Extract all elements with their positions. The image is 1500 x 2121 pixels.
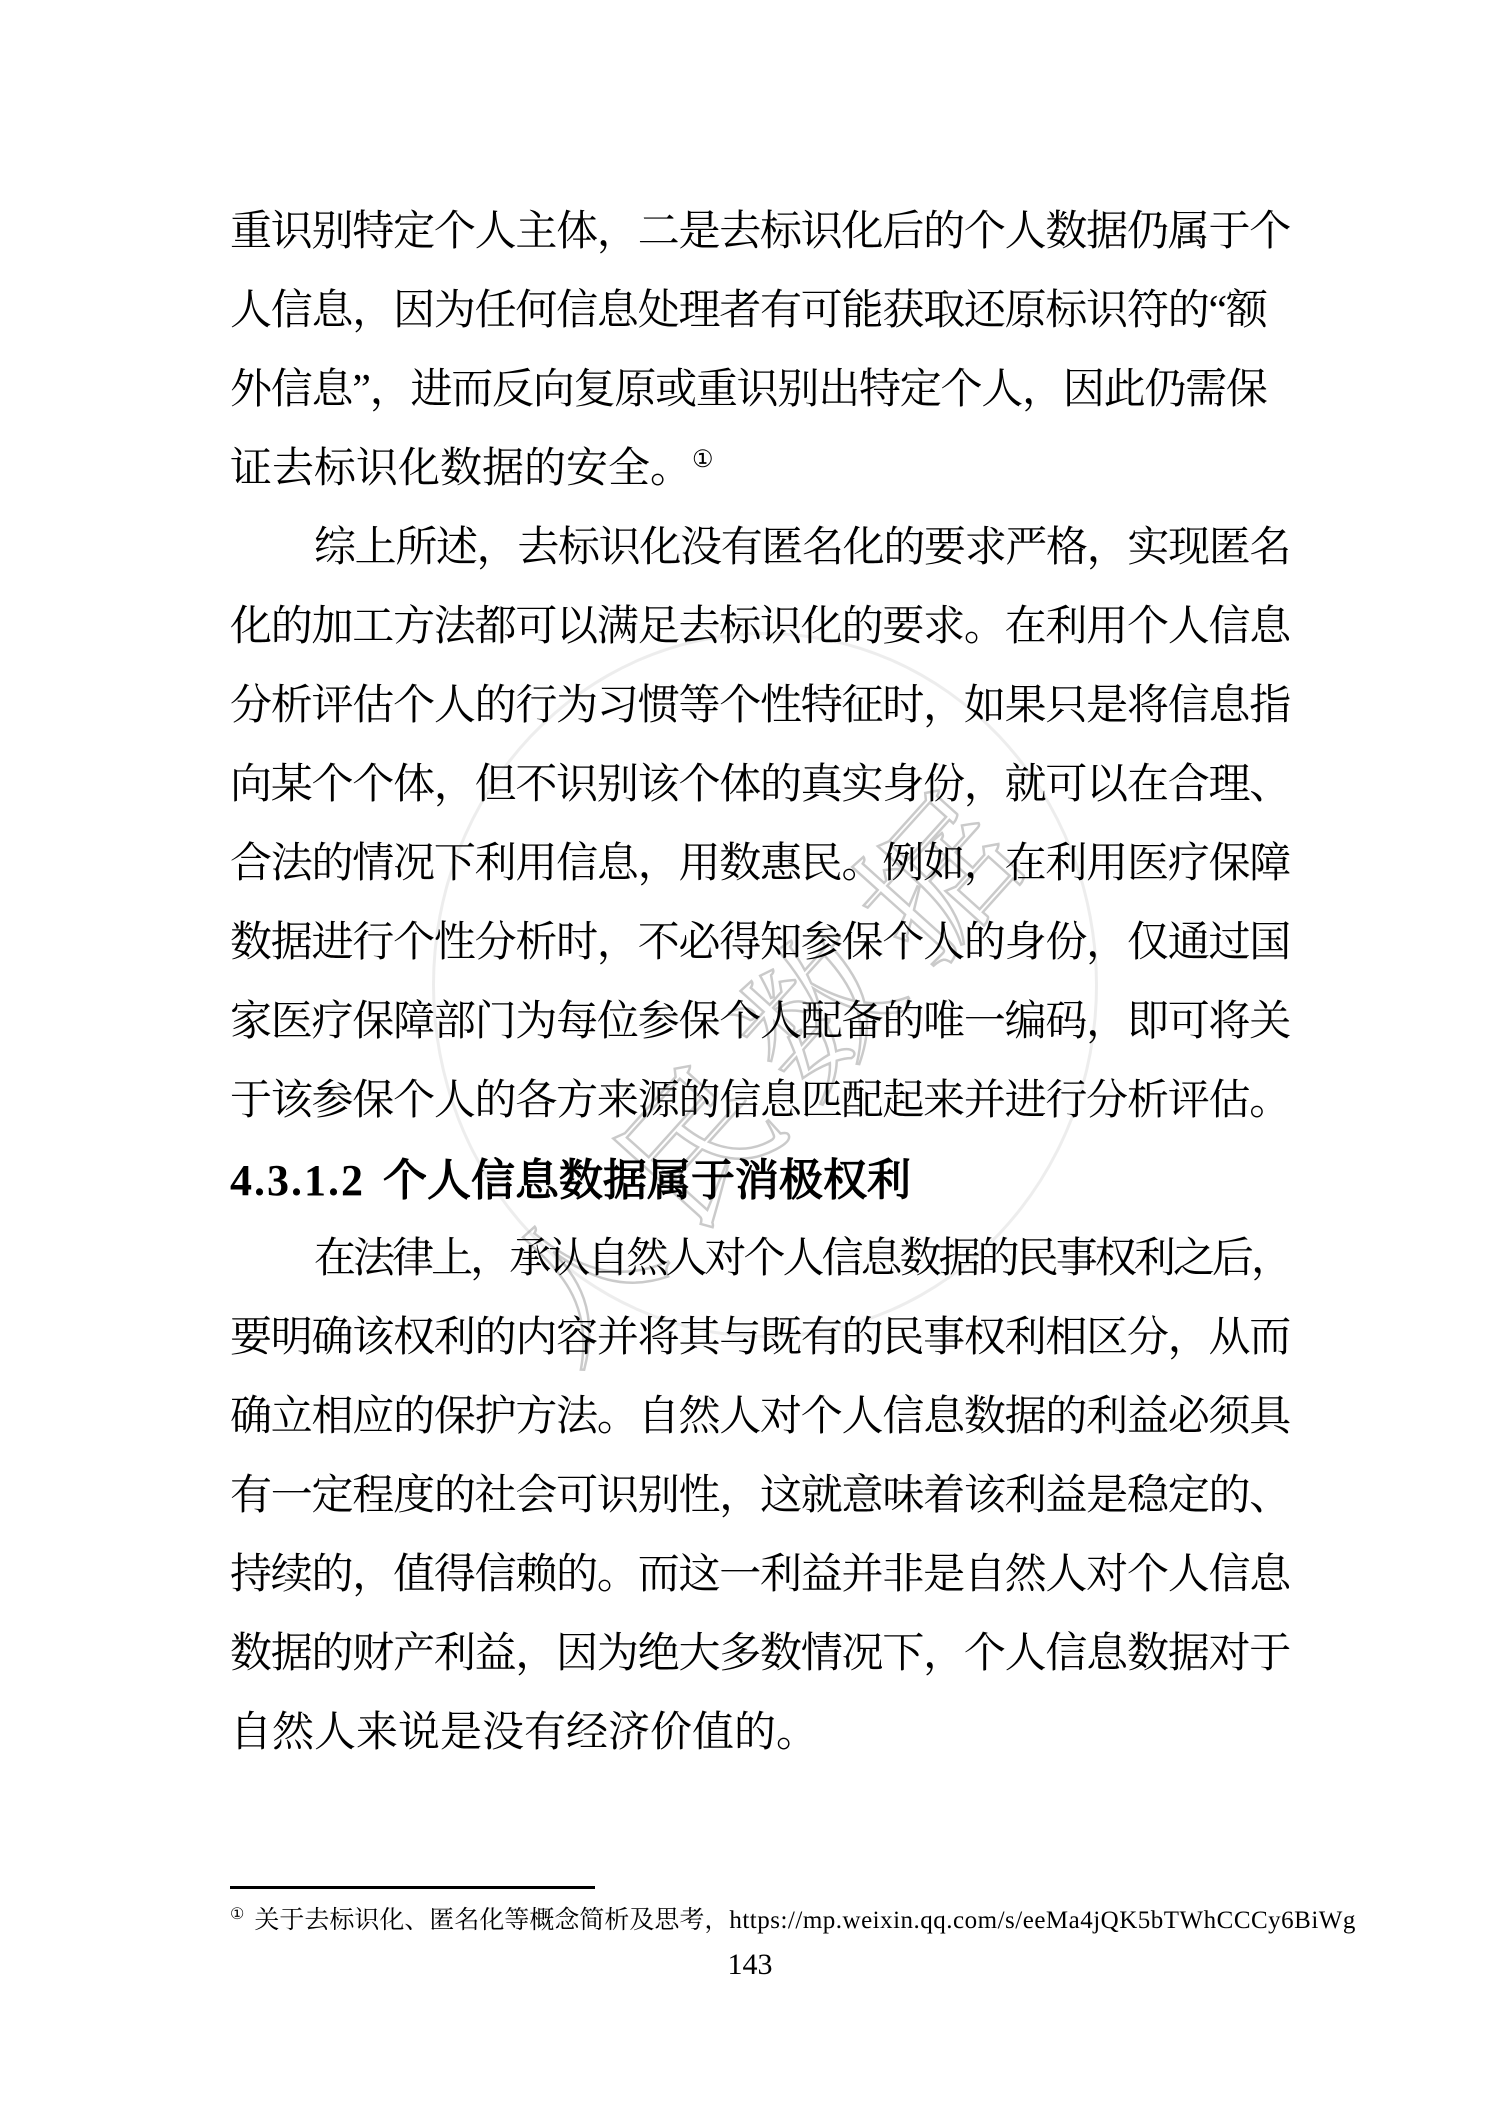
section-heading: 4.3.1.2个人信息数据属于消极权利 [230,1141,1290,1220]
footnote-url: https://mp.weixin.qq.com/s/eeMa4jQK5bTWh… [729,1907,1356,1934]
text-line: 在法律上，承认自然人对个人信息数据的民事权利之后， [230,1220,1290,1299]
text-line: 化的加工方法都可以满足去标识化的要求。在利用个人信息 [230,588,1290,667]
text-line: 向某个个体，但不识别该个体的真实身份，就可以在合理、 [230,746,1290,825]
section-heading-title: 个人信息数据属于消极权利 [383,1156,911,1205]
footnote: ①关于去标识化、匿名化等概念简析及思考，https://mp.weixin.qq… [230,1898,1430,1944]
footnote-text: 关于去标识化、匿名化等概念简析及思考， [254,1907,729,1934]
text-line: 分析评估个人的行为习惯等个性特征时，如果只是将信息指 [230,667,1290,746]
text-line: 人信息，因为任何信息处理者有可能获取还原标识符的“额 [230,272,1290,351]
paragraph: 在法律上，承认自然人对个人信息数据的民事权利之后，要明确该权利的内容并将其与既有… [230,1220,1290,1773]
document-page: 人民数据 重识别特定个人主体，二是去标识化后的个人数据仍属于个人信息，因为任何信… [0,0,1500,2121]
text-line: 于该参保个人的各方来源的信息匹配起来并进行分析评估。 [230,1062,1290,1141]
text-line: 重识别特定个人主体，二是去标识化后的个人数据仍属于个 [230,193,1290,272]
text-line: 证去标识化数据的安全。① [230,430,1290,509]
text-line: 数据进行个性分析时，不必得知参保个人的身份，仅通过国 [230,904,1290,983]
section-heading-number: 4.3.1.2 [230,1156,365,1205]
text-line: 要明确该权利的内容并将其与既有的民事权利相区分，从而 [230,1299,1290,1378]
text-line: 确立相应的保护方法。自然人对个人信息数据的利益必须具 [230,1378,1290,1457]
text-line: 自然人来说是没有经济价值的。 [230,1694,1290,1773]
text-line: 外信息”，进而反向复原或重识别出特定个人，因此仍需保 [230,351,1290,430]
footnote-marker: ① [230,1906,244,1923]
text-line: 数据的财产利益，因为绝大多数情况下，个人信息数据对于 [230,1615,1290,1694]
text-line: 有一定程度的社会可识别性，这就意味着该利益是稳定的、 [230,1457,1290,1536]
text-line: 合法的情况下利用信息，用数惠民。例如，在利用医疗保障 [230,825,1290,904]
paragraph: 重识别特定个人主体，二是去标识化后的个人数据仍属于个人信息，因为任何信息处理者有… [230,193,1290,509]
document-body: 重识别特定个人主体，二是去标识化后的个人数据仍属于个人信息，因为任何信息处理者有… [230,193,1290,1773]
paragraph: 综上所述，去标识化没有匿名化的要求严格，实现匿名化的加工方法都可以满足去标识化的… [230,509,1290,1141]
footnote-separator [230,1886,595,1889]
footnote-ref: ① [692,447,714,473]
page-number: 143 [0,1948,1500,1982]
text-line: 持续的，值得信赖的。而这一利益并非是自然人对个人信息 [230,1536,1290,1615]
text-line: 家医疗保障部门为每位参保个人配备的唯一编码，即可将关 [230,983,1290,1062]
text-line: 综上所述，去标识化没有匿名化的要求严格，实现匿名 [230,509,1290,588]
